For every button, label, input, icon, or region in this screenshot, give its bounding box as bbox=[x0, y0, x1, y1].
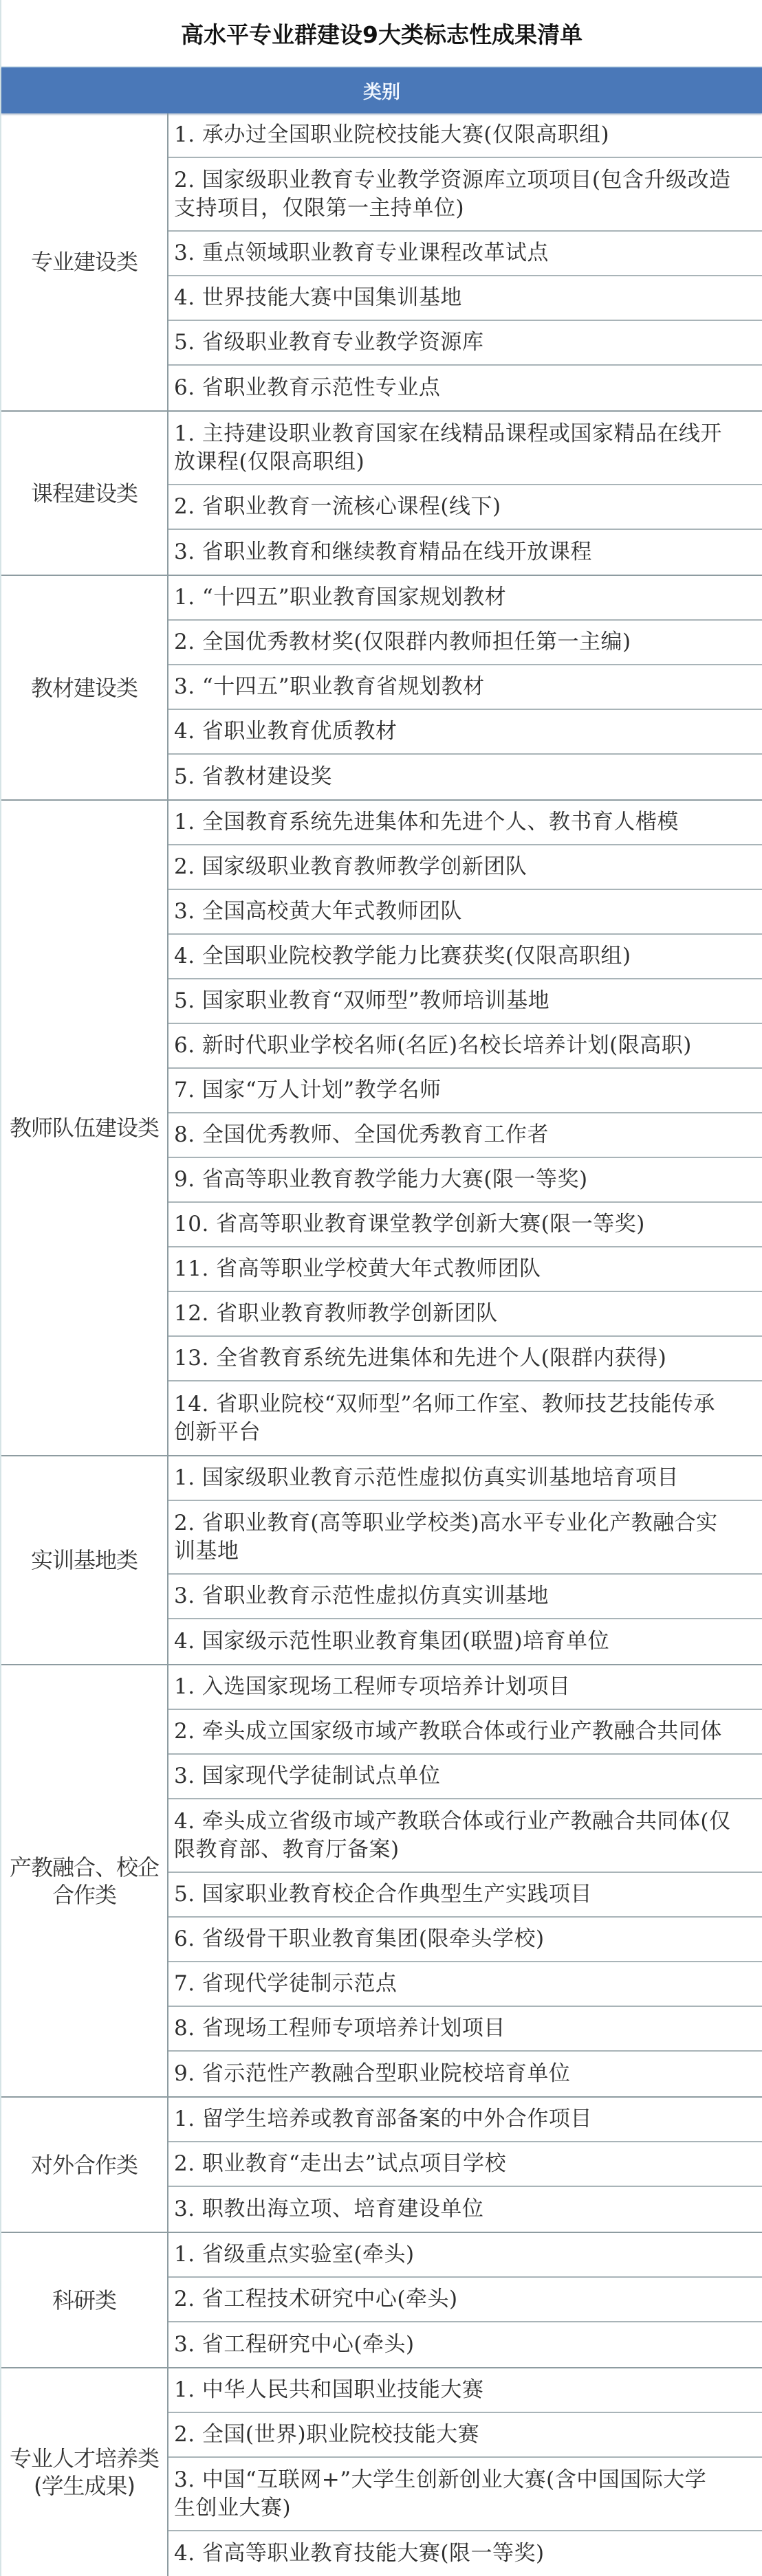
column-header-category: 类别 bbox=[363, 77, 400, 104]
list-item: 7. 国家“万人计划”教学名师 bbox=[168, 1069, 762, 1113]
list-item: 5. 国家职业教育校企合作典型生产实践项目 bbox=[168, 1873, 762, 1918]
category-label: 专业建设类 bbox=[1, 113, 168, 410]
list-item: 6. 省职业教育示范性专业点 bbox=[168, 366, 762, 410]
list-item: 2. 省职业教育一流核心课程(线下) bbox=[168, 485, 762, 530]
category-label: 产教融合、校企 合作类 bbox=[1, 1665, 168, 2096]
list-item: 1. 入选国家现场工程师专项培养计划项目 bbox=[168, 1665, 762, 1710]
list-item: 2. 全国(世界)职业院校技能大赛 bbox=[168, 2413, 762, 2458]
category-items: 1. 全国教育系统先进集体和先进个人、教书育人楷模2. 国家级职业教育教师教学创… bbox=[168, 801, 762, 1455]
category-group: 课程建设类1. 主持建设职业教育国家在线精品课程或国家精品在线开 放课程(仅限高… bbox=[1, 412, 762, 576]
category-group: 产教融合、校企 合作类1. 入选国家现场工程师专项培养计划项目2. 牵头成立国家… bbox=[1, 1665, 762, 2098]
category-items: 1. 承办过全国职业院校技能大赛(仅限高职组)2. 国家级职业教育专业教学资源库… bbox=[168, 113, 762, 410]
page-title: 高水平专业群建设9大类标志性成果清单 bbox=[181, 17, 583, 49]
list-item: 2. 国家级职业教育专业教学资源库立项项目(包含升级改造 支持项目，仅限第一主持… bbox=[168, 158, 762, 232]
list-item: 2. 牵头成立国家级市域产教联合体或行业产教融合共同体 bbox=[168, 1710, 762, 1755]
list-item: 4. 国家级示范性职业教育集团(联盟)培育单位 bbox=[168, 1619, 762, 1664]
list-item: 3. 省工程研究中心(牵头) bbox=[168, 2322, 762, 2367]
achievement-table: 专业建设类1. 承办过全国职业院校技能大赛(仅限高职组)2. 国家级职业教育专业… bbox=[1, 113, 762, 2576]
list-item: 3. 重点领域职业教育专业课程改革试点 bbox=[168, 232, 762, 276]
category-items: 1. 入选国家现场工程师专项培养计划项目2. 牵头成立国家级市域产教联合体或行业… bbox=[168, 1665, 762, 2096]
list-item: 4. 省职业教育优质教材 bbox=[168, 710, 762, 755]
list-item: 1. “十四五”职业教育国家规划教材 bbox=[168, 576, 762, 621]
list-item: 9. 省高等职业教育教学能力大赛(限一等奖) bbox=[168, 1158, 762, 1203]
list-item: 3. 国家现代学徒制试点单位 bbox=[168, 1755, 762, 1799]
list-item: 1. 省级重点实验室(牵头) bbox=[168, 2233, 762, 2278]
list-item: 3. 全国高校黄大年式教师团队 bbox=[168, 890, 762, 935]
list-item: 1. 主持建设职业教育国家在线精品课程或国家精品在线开 放课程(仅限高职组) bbox=[168, 412, 762, 485]
list-item: 4. 世界技能大赛中国集训基地 bbox=[168, 276, 762, 321]
title-band: 高水平专业群建设9大类标志性成果清单 bbox=[1, 0, 762, 67]
list-item: 8. 全国优秀教师、全国优秀教育工作者 bbox=[168, 1113, 762, 1158]
list-item: 5. 省教材建设奖 bbox=[168, 755, 762, 799]
category-label: 专业人才培养类 (学生成果) bbox=[1, 2368, 168, 2576]
category-label: 课程建设类 bbox=[1, 412, 168, 575]
list-item: 4. 牵头成立省级市域产教联合体或行业产教融合共同体(仅 限教育部、教育厅备案) bbox=[168, 1799, 762, 1873]
category-items: 1. “十四五”职业教育国家规划教材2. 全国优秀教材奖(仅限群内教师担任第一主… bbox=[168, 576, 762, 799]
list-item: 9. 省示范性产教融合型职业院校培育单位 bbox=[168, 2052, 762, 2096]
list-item: 3. 职教出海立项、培育建设单位 bbox=[168, 2187, 762, 2232]
list-item: 14. 省职业院校“双师型”名师工作室、教师技艺技能传承 创新平台 bbox=[168, 1381, 762, 1455]
list-item: 3. 中国“互联网+”大学生创新创业大赛(含中国国际大学 生创业大赛) bbox=[168, 2458, 762, 2531]
category-group: 专业人才培养类 (学生成果)1. 中华人民共和国职业技能大赛2. 全国(世界)职… bbox=[1, 2368, 762, 2576]
achievement-list-document: 高水平专业群建设9大类标志性成果清单 类别 专业建设类1. 承办过全国职业院校技… bbox=[0, 0, 762, 2576]
category-label: 对外合作类 bbox=[1, 2098, 168, 2232]
category-items: 1. 省级重点实验室(牵头)2. 省工程技术研究中心(牵头)3. 省工程研究中心… bbox=[168, 2233, 762, 2367]
list-item: 1. 国家级职业教育示范性虚拟仿真实训基地培育项目 bbox=[168, 1456, 762, 1501]
list-item: 6. 新时代职业学校名师(名匠)名校长培养计划(限高职) bbox=[168, 1024, 762, 1069]
category-items: 1. 国家级职业教育示范性虚拟仿真实训基地培育项目2. 省职业教育(高等职业学校… bbox=[168, 1456, 762, 1664]
category-group: 专业建设类1. 承办过全国职业院校技能大赛(仅限高职组)2. 国家级职业教育专业… bbox=[1, 113, 762, 412]
category-group: 科研类1. 省级重点实验室(牵头)2. 省工程技术研究中心(牵头)3. 省工程研… bbox=[1, 2233, 762, 2368]
list-item: 1. 承办过全国职业院校技能大赛(仅限高职组) bbox=[168, 113, 762, 158]
list-item: 1. 留学生培养或教育部备案的中外合作项目 bbox=[168, 2098, 762, 2142]
list-item: 2. 全国优秀教材奖(仅限群内教师担任第一主编) bbox=[168, 621, 762, 665]
list-item: 2. 省工程技术研究中心(牵头) bbox=[168, 2278, 762, 2322]
category-group: 教师队伍建设类1. 全国教育系统先进集体和先进个人、教书育人楷模2. 国家级职业… bbox=[1, 801, 762, 1456]
list-item: 4. 全国职业院校教学能力比赛获奖(仅限高职组) bbox=[168, 935, 762, 979]
category-label: 教材建设类 bbox=[1, 576, 168, 799]
table-header: 类别 bbox=[1, 67, 762, 113]
category-label: 科研类 bbox=[1, 2233, 168, 2367]
list-item: 5. 国家职业教育“双师型”教师培训基地 bbox=[168, 979, 762, 1024]
list-item: 11. 省高等职业学校黄大年式教师团队 bbox=[168, 1247, 762, 1292]
list-item: 3. 省职业教育和继续教育精品在线开放课程 bbox=[168, 530, 762, 575]
list-item: 3. “十四五”职业教育省规划教材 bbox=[168, 665, 762, 710]
category-label: 教师队伍建设类 bbox=[1, 801, 168, 1455]
category-items: 1. 主持建设职业教育国家在线精品课程或国家精品在线开 放课程(仅限高职组)2.… bbox=[168, 412, 762, 575]
list-item: 1. 全国教育系统先进集体和先进个人、教书育人楷模 bbox=[168, 801, 762, 845]
list-item: 4. 省高等职业教育技能大赛(限一等奖) bbox=[168, 2531, 762, 2576]
list-item: 5. 省级职业教育专业教学资源库 bbox=[168, 321, 762, 366]
list-item: 2. 国家级职业教育教师教学创新团队 bbox=[168, 845, 762, 890]
list-item: 2. 职业教育“走出去”试点项目学校 bbox=[168, 2142, 762, 2187]
category-group: 教材建设类1. “十四五”职业教育国家规划教材2. 全国优秀教材奖(仅限群内教师… bbox=[1, 576, 762, 801]
list-item: 2. 省职业教育(高等职业学校类)高水平专业化产教融合实 训基地 bbox=[168, 1501, 762, 1575]
category-items: 1. 留学生培养或教育部备案的中外合作项目2. 职业教育“走出去”试点项目学校3… bbox=[168, 2098, 762, 2232]
category-label: 实训基地类 bbox=[1, 1456, 168, 1664]
category-items: 1. 中华人民共和国职业技能大赛2. 全国(世界)职业院校技能大赛3. 中国“互… bbox=[168, 2368, 762, 2576]
list-item: 10. 省高等职业教育课堂教学创新大赛(限一等奖) bbox=[168, 1203, 762, 1247]
list-item: 1. 中华人民共和国职业技能大赛 bbox=[168, 2368, 762, 2413]
list-item: 6. 省级骨干职业教育集团(限牵头学校) bbox=[168, 1918, 762, 1962]
list-item: 12. 省职业教育教师教学创新团队 bbox=[168, 1292, 762, 1337]
list-item: 8. 省现场工程师专项培养计划项目 bbox=[168, 2007, 762, 2052]
category-group: 对外合作类1. 留学生培养或教育部备案的中外合作项目2. 职业教育“走出去”试点… bbox=[1, 2098, 762, 2233]
list-item: 13. 全省教育系统先进集体和先进个人(限群内获得) bbox=[168, 1337, 762, 1381]
list-item: 7. 省现代学徒制示范点 bbox=[168, 1962, 762, 2007]
list-item: 3. 省职业教育示范性虚拟仿真实训基地 bbox=[168, 1575, 762, 1619]
category-group: 实训基地类1. 国家级职业教育示范性虚拟仿真实训基地培育项目2. 省职业教育(高… bbox=[1, 1456, 762, 1665]
